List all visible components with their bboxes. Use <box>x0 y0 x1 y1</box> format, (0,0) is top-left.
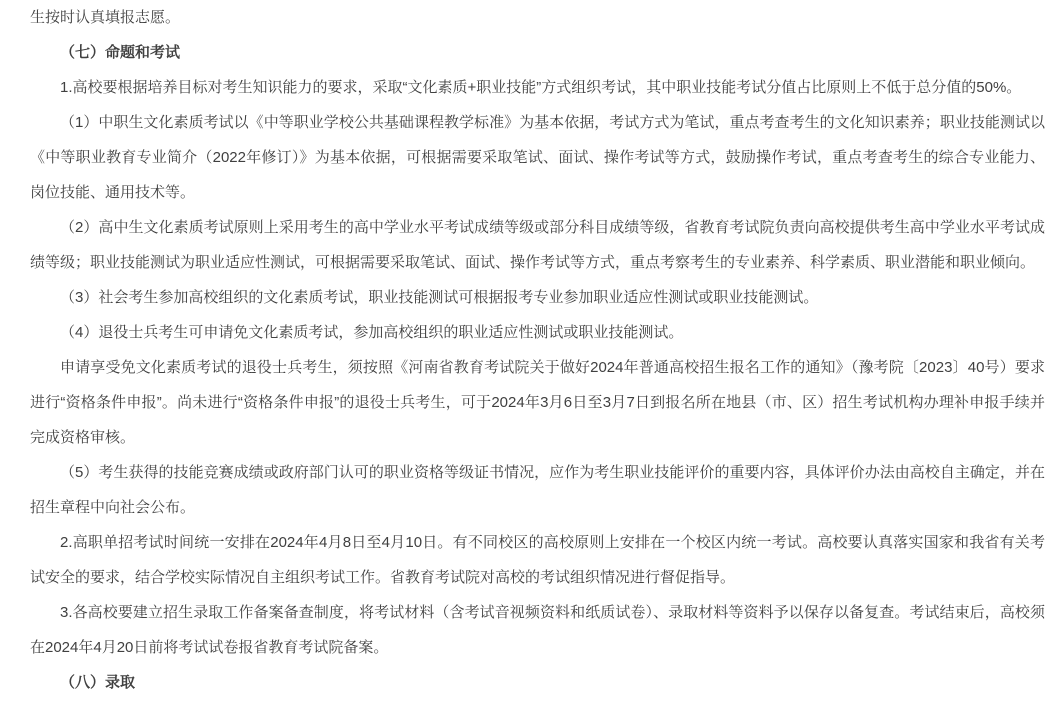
article-body: 生按时认真填报志愿。（七）命题和考试1.高校要根据培养目标对考生知识能力的要求，… <box>0 0 1051 709</box>
paragraph: 2.高职单招考试时间统一安排在2024年4月8日至4月10日。有不同校区的高校原… <box>30 525 1045 595</box>
paragraph: （3）社会考生参加高校组织的文化素质考试，职业技能测试可根据报考专业参加职业适应… <box>30 280 1045 315</box>
paragraph: 申请享受免文化素质考试的退役士兵考生，须按照《河南省教育考试院关于做好2024年… <box>30 350 1045 455</box>
paragraph: （5）考生获得的技能竞赛成绩或政府部门认可的职业资格等级证书情况，应作为考生职业… <box>30 455 1045 525</box>
paragraph: （2）高中生文化素质考试原则上采用考生的高中学业水平考试成绩等级或部分科目成绩等… <box>30 210 1045 280</box>
paragraph: 3.各高校要建立招生录取工作备案备查制度，将考试材料（含考试音视频资料和纸质试卷… <box>30 595 1045 665</box>
paragraph: 生按时认真填报志愿。 <box>30 0 1045 35</box>
section-heading: （八）录取 <box>30 665 1045 700</box>
paragraph: 1.高校要根据培养目标对考生知识能力的要求，采取“文化素质+职业技能”方式组织考… <box>30 70 1045 105</box>
paragraph: （4）退役士兵考生可申请免文化素质考试，参加高校组织的职业适应性测试或职业技能测… <box>30 315 1045 350</box>
paragraph: （1）中职生文化素质考试以《中等职业学校公共基础课程教学标准》为基本依据，考试方… <box>30 105 1045 210</box>
section-heading: （七）命题和考试 <box>30 35 1045 70</box>
